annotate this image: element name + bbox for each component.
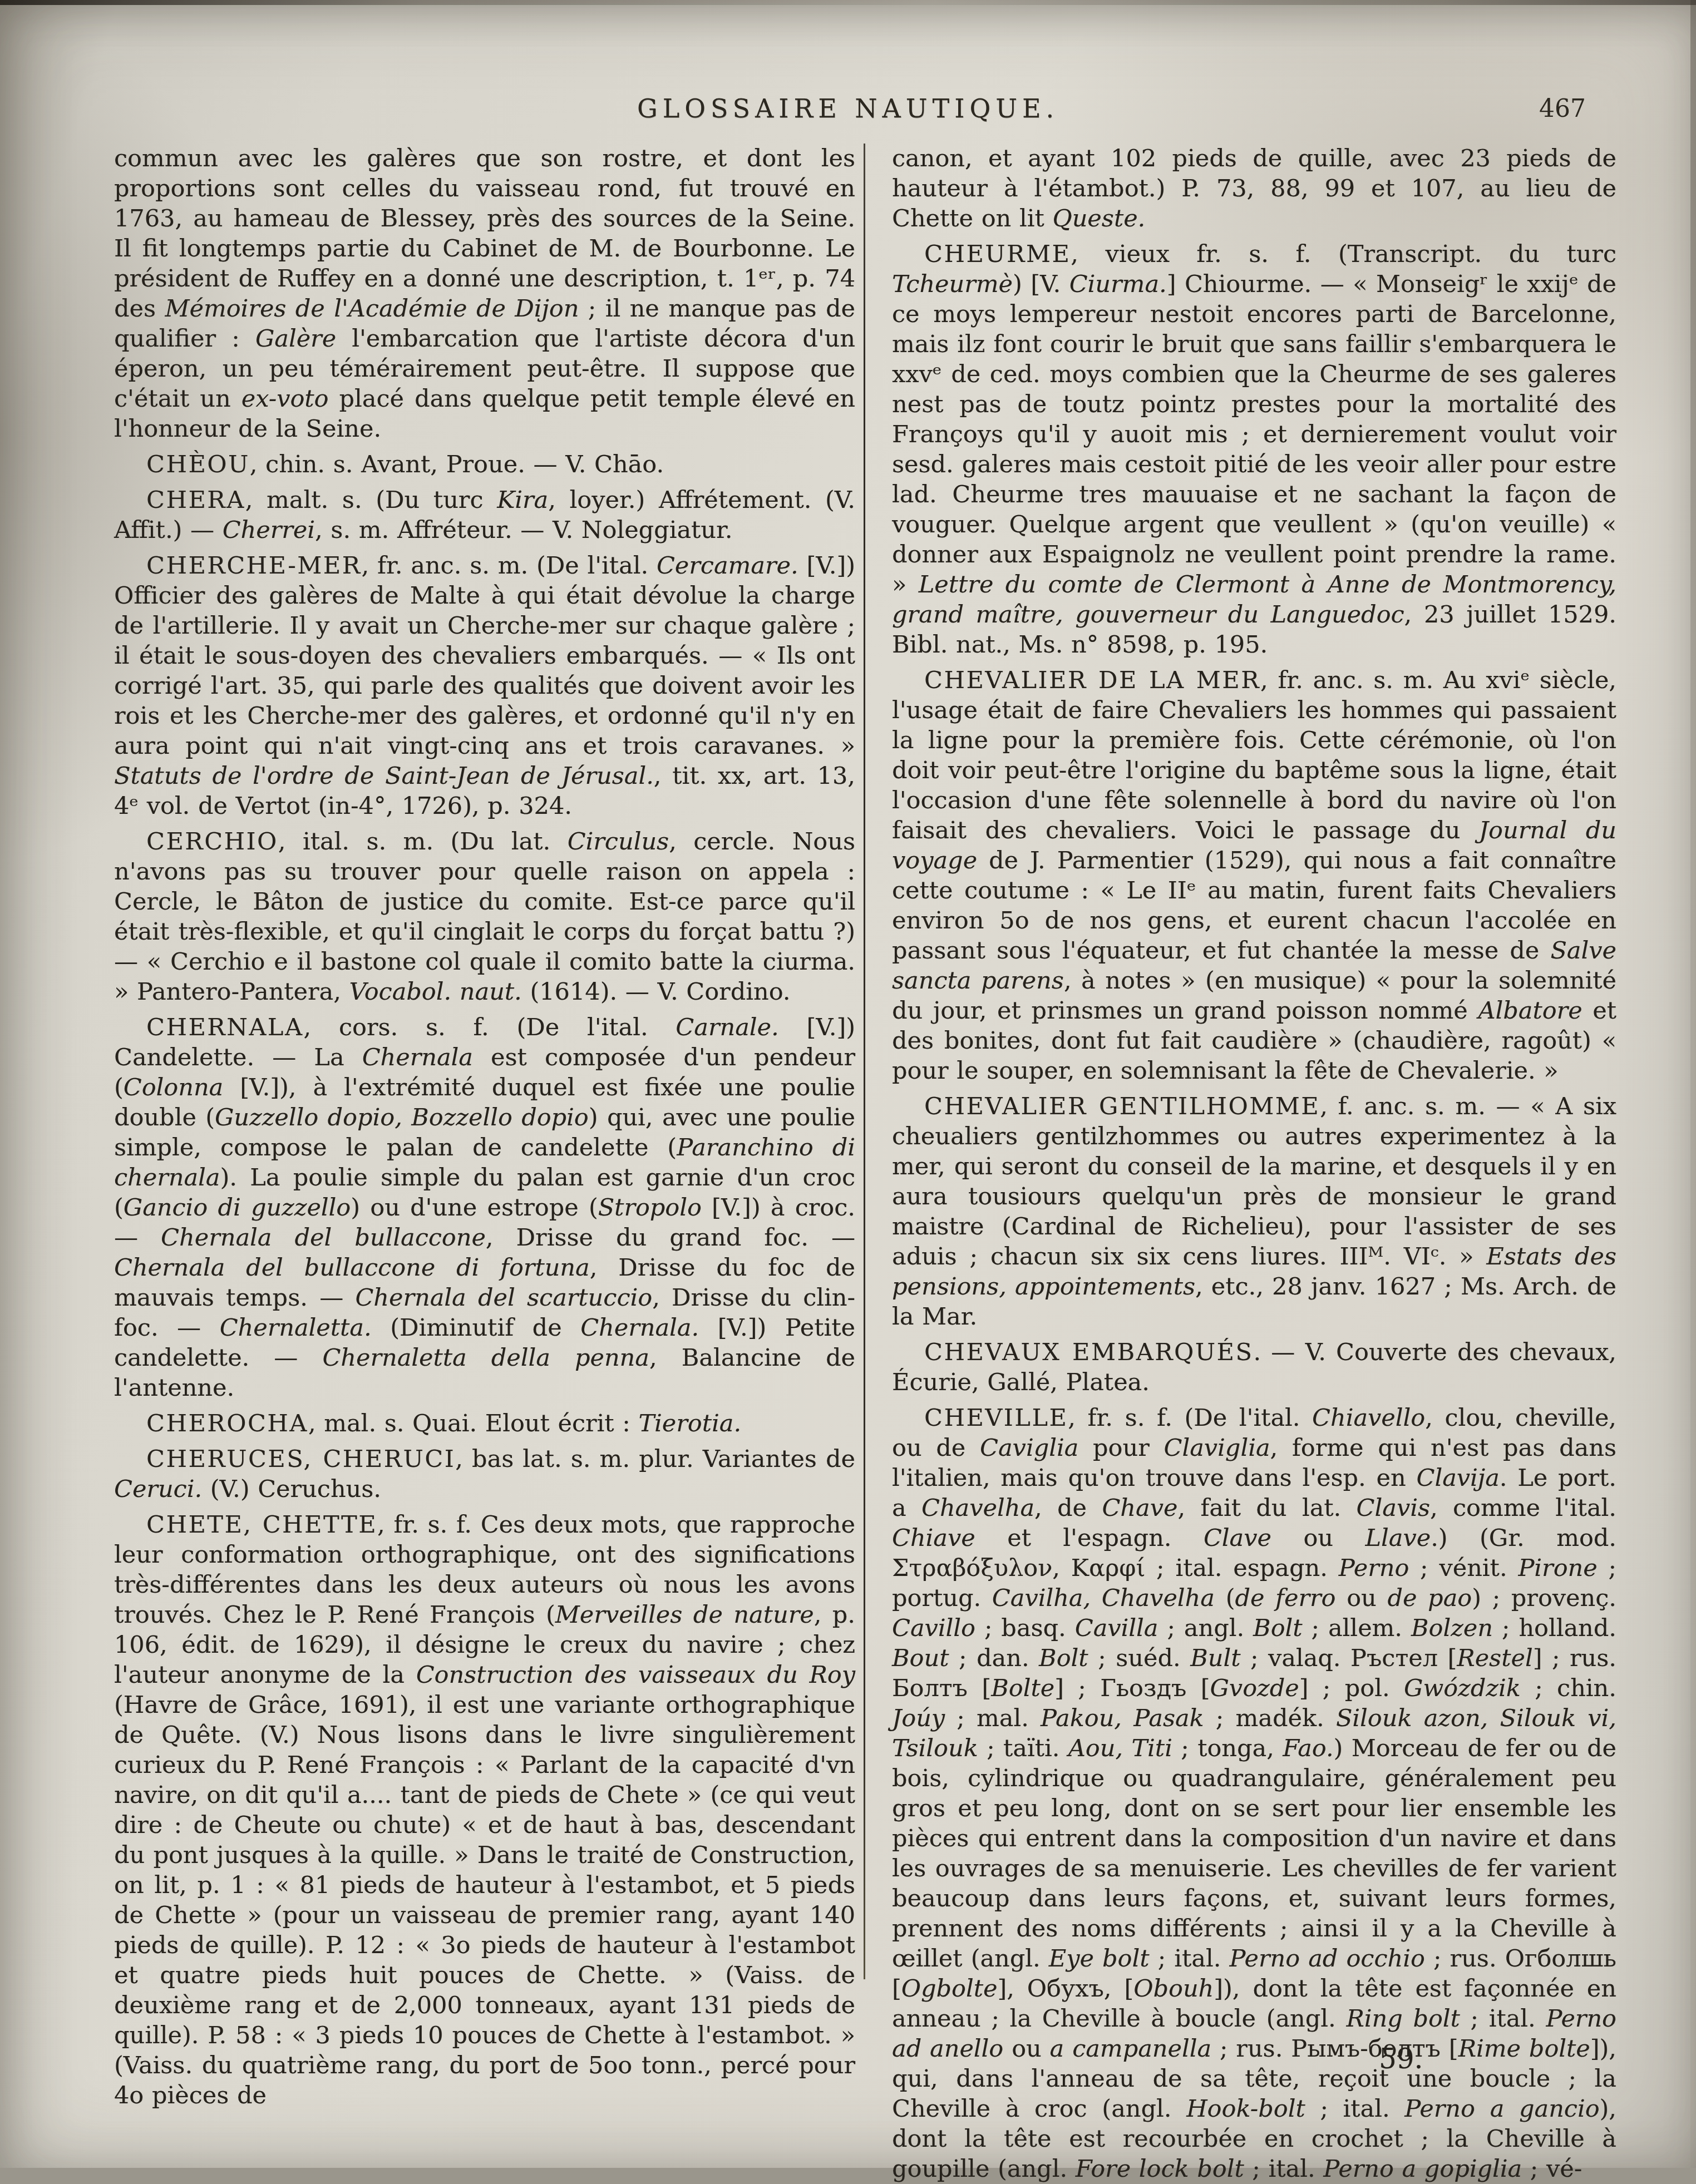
text-run: , fr. anc. s. m. (De l'ital. xyxy=(362,552,657,580)
text-run: ; vénit. xyxy=(1409,1554,1518,1582)
italic-run: Vocabol. naut. xyxy=(349,978,522,1006)
italic-run: de pao xyxy=(1387,1584,1472,1612)
italic-run: Caviglia xyxy=(980,1434,1078,1462)
italic-run: Cavillo xyxy=(892,1614,975,1642)
text-run: ; holland. xyxy=(1493,1614,1616,1642)
text-run: ; chin. xyxy=(1521,1674,1616,1702)
italic-run: Cavilla xyxy=(1075,1614,1158,1642)
text-run: [V.]) Officier des galères de Malte à qu… xyxy=(114,552,855,760)
italic-run: Rime bolte xyxy=(1458,2035,1590,2063)
entry-headword: CHERUCES, CHERUCI xyxy=(146,1445,455,1473)
italic-run: Pirone xyxy=(1518,1554,1597,1582)
italic-run: Bolt xyxy=(1039,1644,1088,1672)
italic-run: Merveilles de nature xyxy=(555,1601,814,1629)
entry-headword: CERCHIO xyxy=(146,828,278,856)
italic-run: Chernaletta della penna xyxy=(322,1344,649,1372)
text-run: ; vé- xyxy=(1522,2155,1582,2168)
italic-run: Tcheurmè xyxy=(892,270,1013,298)
italic-run: Chernala del bullaccone xyxy=(161,1224,486,1252)
text-run: pour xyxy=(1078,1434,1163,1462)
text-run: , Drisse du grand foc. — xyxy=(486,1224,855,1252)
text-run: ; valaq. Ръстел [ xyxy=(1240,1644,1457,1672)
text-run: ; mal. xyxy=(945,1704,1041,1732)
column-divider-rule xyxy=(864,144,865,1979)
italic-run: Gwózdzik xyxy=(1404,1674,1521,1702)
text-run: (V.) Ceruchus. xyxy=(202,1475,381,1503)
text-run: ou xyxy=(1003,2035,1049,2063)
entry-cheville: CHEVILLE, fr. s. f. (De l'ital. Chiavell… xyxy=(892,1403,1616,2168)
italic-run: Circulus xyxy=(568,828,669,856)
italic-run: Fao. xyxy=(1283,1735,1333,1762)
italic-run: Eye bolt xyxy=(1049,1945,1150,1973)
text-run: et l'espagn. xyxy=(975,1524,1204,1552)
text-run: ou xyxy=(1335,1584,1387,1612)
entry-chevaux-embarques: CHEVAUX EMBARQUÉS. — V. Couverte des che… xyxy=(892,1337,1616,1397)
italic-run: Cherrei xyxy=(223,516,315,544)
italic-run: Perno ad occhio xyxy=(1229,1945,1424,1973)
text-run: ; ital. xyxy=(1150,1945,1230,1973)
running-head: GLOSSAIRE NAUTIQUE. 467 xyxy=(0,93,1696,127)
entry-cheurme: CHEURME, vieux fr. s. f. (Transcript. du… xyxy=(892,239,1616,660)
italic-run: Gancio di guzzello xyxy=(124,1194,351,1222)
entry-headword: CHERCHE-MER xyxy=(146,552,362,580)
italic-run: Cercamare. xyxy=(657,552,798,580)
text-run: ; ital. xyxy=(1244,2155,1324,2168)
entry-cheou: CHÈOU, chin. s. Avant, Proue. — V. Chāo. xyxy=(114,449,855,480)
text-block: commun avec les galères que son rostre, … xyxy=(114,144,1616,2168)
italic-run: Colonna xyxy=(124,1074,223,1101)
text-run: , mal. s. Quai. Elout écrit : xyxy=(308,1410,639,1437)
italic-run: Chernala. xyxy=(580,1314,699,1342)
text-run: canon, et ayant 102 pieds de quille, ave… xyxy=(892,145,1616,233)
text-run: , ital. s. m. (Du lat. xyxy=(278,828,568,856)
text-run: ; madék. xyxy=(1204,1704,1336,1732)
text-run: ; basq. xyxy=(975,1614,1075,1642)
italic-run: Joúy xyxy=(892,1704,945,1732)
entry-chernala: CHERNALA, cors. s. f. (De l'ital. Carnal… xyxy=(114,1012,855,1403)
italic-run: Mémoires de l'Académie de Dijon xyxy=(165,295,579,323)
italic-run: Cavilha, Chavelha xyxy=(992,1584,1215,1612)
text-run: , s. m. Affréteur. — V. Noleggiatur. xyxy=(315,516,732,544)
signature-number: 59. xyxy=(1379,2043,1423,2075)
entry-cherche-mer: CHERCHE-MER, fr. anc. s. m. (De l'ital. … xyxy=(114,551,855,821)
text-run: (1614). — V. Cordino. xyxy=(522,978,791,1006)
italic-run: Fore lock bolt xyxy=(1076,2155,1244,2168)
italic-run: Ogbolte xyxy=(901,1975,998,2003)
entry-cherocha: CHEROCHA, mal. s. Quai. Elout écrit : Ti… xyxy=(114,1409,855,1439)
text-run: (Diminutif de xyxy=(372,1314,581,1342)
italic-run: Gvozde xyxy=(1210,1674,1299,1702)
italic-run: Llave xyxy=(1365,1524,1431,1552)
text-run: ( xyxy=(1215,1584,1235,1612)
entry-headword: CHEVALIER DE LA MER xyxy=(924,666,1260,694)
text-run: de J. Parmentier (1529), qui nous a fait… xyxy=(892,847,1616,965)
italic-run: Hook-bolt xyxy=(1186,2095,1305,2123)
italic-run: Chernaletta. xyxy=(220,1314,372,1342)
text-run: , cors. s. f. (De l'ital. xyxy=(303,1014,676,1041)
italic-run: Bolzen xyxy=(1411,1614,1493,1642)
italic-run: Construction des vaisseaux du Roy xyxy=(416,1661,855,1689)
entry-headword: CHERA xyxy=(146,486,245,514)
text-run: , comme l'ital. xyxy=(1430,1494,1616,1522)
italic-run: Chavelha xyxy=(921,1494,1034,1522)
italic-run: Guzzello dopio, Bozzello dopio xyxy=(215,1104,589,1131)
text-run: (Havre de Grâce, 1691), il est une varia… xyxy=(114,1691,855,2109)
text-run: ) ou d'une estrope ( xyxy=(351,1194,598,1222)
italic-run: Perno xyxy=(1339,1554,1409,1582)
italic-run: Chiave xyxy=(892,1524,975,1552)
italic-run: Galère xyxy=(255,325,336,353)
italic-run: Chernala del scartuccio xyxy=(355,1284,652,1312)
continuation-chete-chette: canon, et ayant 102 pieds de quille, ave… xyxy=(892,144,1616,234)
italic-run: Restel xyxy=(1457,1644,1532,1672)
text-run: ; dan. xyxy=(949,1644,1039,1672)
text-run: ; suéd. xyxy=(1088,1644,1191,1672)
entry-chevalier-de-la-mer: CHEVALIER DE LA MER, fr. anc. s. m. Au x… xyxy=(892,665,1616,1086)
italic-run: Aou, Titi xyxy=(1068,1735,1172,1762)
italic-run: Clavis xyxy=(1357,1494,1430,1522)
entry-headword: CHEURME xyxy=(924,240,1071,268)
text-run: , vieux fr. s. f. (Transcript. du turc xyxy=(1071,240,1616,268)
entry-headword: CHEVALIER GENTILHOMME xyxy=(924,1093,1320,1120)
text-run: ) [V. xyxy=(1013,270,1069,298)
text-run: , fait du lat. xyxy=(1177,1494,1356,1522)
text-run: , malt. s. (Du turc xyxy=(245,486,497,514)
text-run: ; allem. xyxy=(1303,1614,1411,1642)
entry-headword: CHETE, CHETTE xyxy=(146,1511,377,1539)
entry-headword: CHEVILLE xyxy=(924,1404,1068,1432)
italic-run: Perno a gancio xyxy=(1404,2095,1599,2123)
right-column: canon, et ayant 102 pieds de quille, ave… xyxy=(892,144,1616,2168)
italic-run: Bult xyxy=(1190,1644,1240,1672)
entry-headword: CHÈOU xyxy=(146,451,250,478)
italic-run: Bolt xyxy=(1253,1614,1303,1642)
italic-run: Perno a gopiglia xyxy=(1323,2155,1522,2168)
italic-run: Bout xyxy=(892,1644,949,1672)
text-run: ] ; Гьоздъ [ xyxy=(1054,1674,1210,1702)
italic-run: Ciurma. xyxy=(1069,270,1167,298)
italic-run: a campanella xyxy=(1050,2035,1211,2063)
scanned-book-page: GLOSSAIRE NAUTIQUE. 467 commun avec les … xyxy=(0,0,1696,2168)
italic-run: Statuts de l'ordre de Saint-Jean de Jéru… xyxy=(114,762,654,790)
text-run: ou xyxy=(1271,1524,1365,1552)
italic-run: Pakou, Pasak xyxy=(1041,1704,1204,1732)
page-number: 467 xyxy=(1539,95,1586,123)
continuation-previous-entry: commun avec les galères que son rostre, … xyxy=(114,144,855,444)
text-run: ], Обухъ, [ xyxy=(997,1975,1133,2003)
italic-run: Carnale. xyxy=(676,1014,778,1041)
italic-run: Chernala xyxy=(362,1044,473,1071)
text-run: ) ; provenç. xyxy=(1472,1584,1616,1612)
entry-headword: CHEROCHA xyxy=(146,1410,308,1437)
italic-run: Tierotia. xyxy=(638,1410,741,1437)
italic-run: Bolte xyxy=(991,1674,1054,1702)
entry-headword: CHEVAUX EMBARQUÉS xyxy=(924,1338,1253,1366)
text-run: ; ital. xyxy=(1460,2005,1546,2033)
italic-run: Ceruci. xyxy=(114,1475,202,1503)
text-run: , chin. s. Avant, Proue. — V. Chāo. xyxy=(250,451,664,478)
text-run: , de xyxy=(1034,1494,1102,1522)
page-edge-shadow-right xyxy=(1690,0,1696,2168)
italic-run: Claviglia xyxy=(1164,1434,1270,1462)
italic-run: Obouh xyxy=(1133,1975,1214,2003)
entry-cheruces-cheruci: CHERUCES, CHERUCI, bas lat. s. m. plur. … xyxy=(114,1444,855,1504)
entry-cerchio: CERCHIO, ital. s. m. (Du lat. Circulus, … xyxy=(114,827,855,1007)
entry-chevalier-gentilhomme: CHEVALIER GENTILHOMME, f. anc. s. m. — «… xyxy=(892,1091,1616,1332)
italic-run: ex-voto xyxy=(241,385,329,413)
italic-run: Clave xyxy=(1204,1524,1271,1552)
text-run: ; angl. xyxy=(1158,1614,1253,1642)
italic-run: Clavija xyxy=(1417,1464,1500,1492)
entry-chera: CHERA, malt. s. (Du turc Kira, loyer.) A… xyxy=(114,485,855,545)
entry-chete-chette: CHETE, CHETTE, fr. s. f. Ces deux mots, … xyxy=(114,1510,855,2111)
text-run: ; ital. xyxy=(1305,2095,1405,2123)
italic-run: Chernala del bullaccone di fortuna xyxy=(114,1254,590,1282)
italic-run: Stropolo xyxy=(598,1194,702,1222)
text-run: ) Morceau de fer ou de bois, cylindrique… xyxy=(892,1735,1616,1973)
italic-run: Queste. xyxy=(1052,205,1145,233)
page-title: GLOSSAIRE NAUTIQUE. xyxy=(0,93,1696,123)
text-run: , bas lat. s. m. plur. Variantes de xyxy=(455,1445,855,1473)
italic-run: Chiavello xyxy=(1312,1404,1425,1432)
italic-run: Ring bolt xyxy=(1346,2005,1460,2033)
text-run: ; tonga, xyxy=(1172,1735,1283,1762)
text-run: ] ; pol. xyxy=(1299,1674,1404,1702)
text-run: , fr. s. f. (De l'ital. xyxy=(1068,1404,1312,1432)
left-column: commun avec les galères que son rostre, … xyxy=(114,144,855,2111)
italic-run: Albatore xyxy=(1478,997,1582,1025)
text-run: ; taïti. xyxy=(978,1735,1068,1762)
italic-run: Kira xyxy=(497,486,548,514)
text-run: ] Chiourme. — « Monseigʳ le xxijᵉ de ce … xyxy=(892,270,1616,599)
entry-headword: CHERNALA xyxy=(146,1014,303,1041)
italic-run: Chave xyxy=(1102,1494,1177,1522)
page-edge-shadow-top xyxy=(0,0,1696,5)
italic-run: de ferro xyxy=(1235,1584,1335,1612)
